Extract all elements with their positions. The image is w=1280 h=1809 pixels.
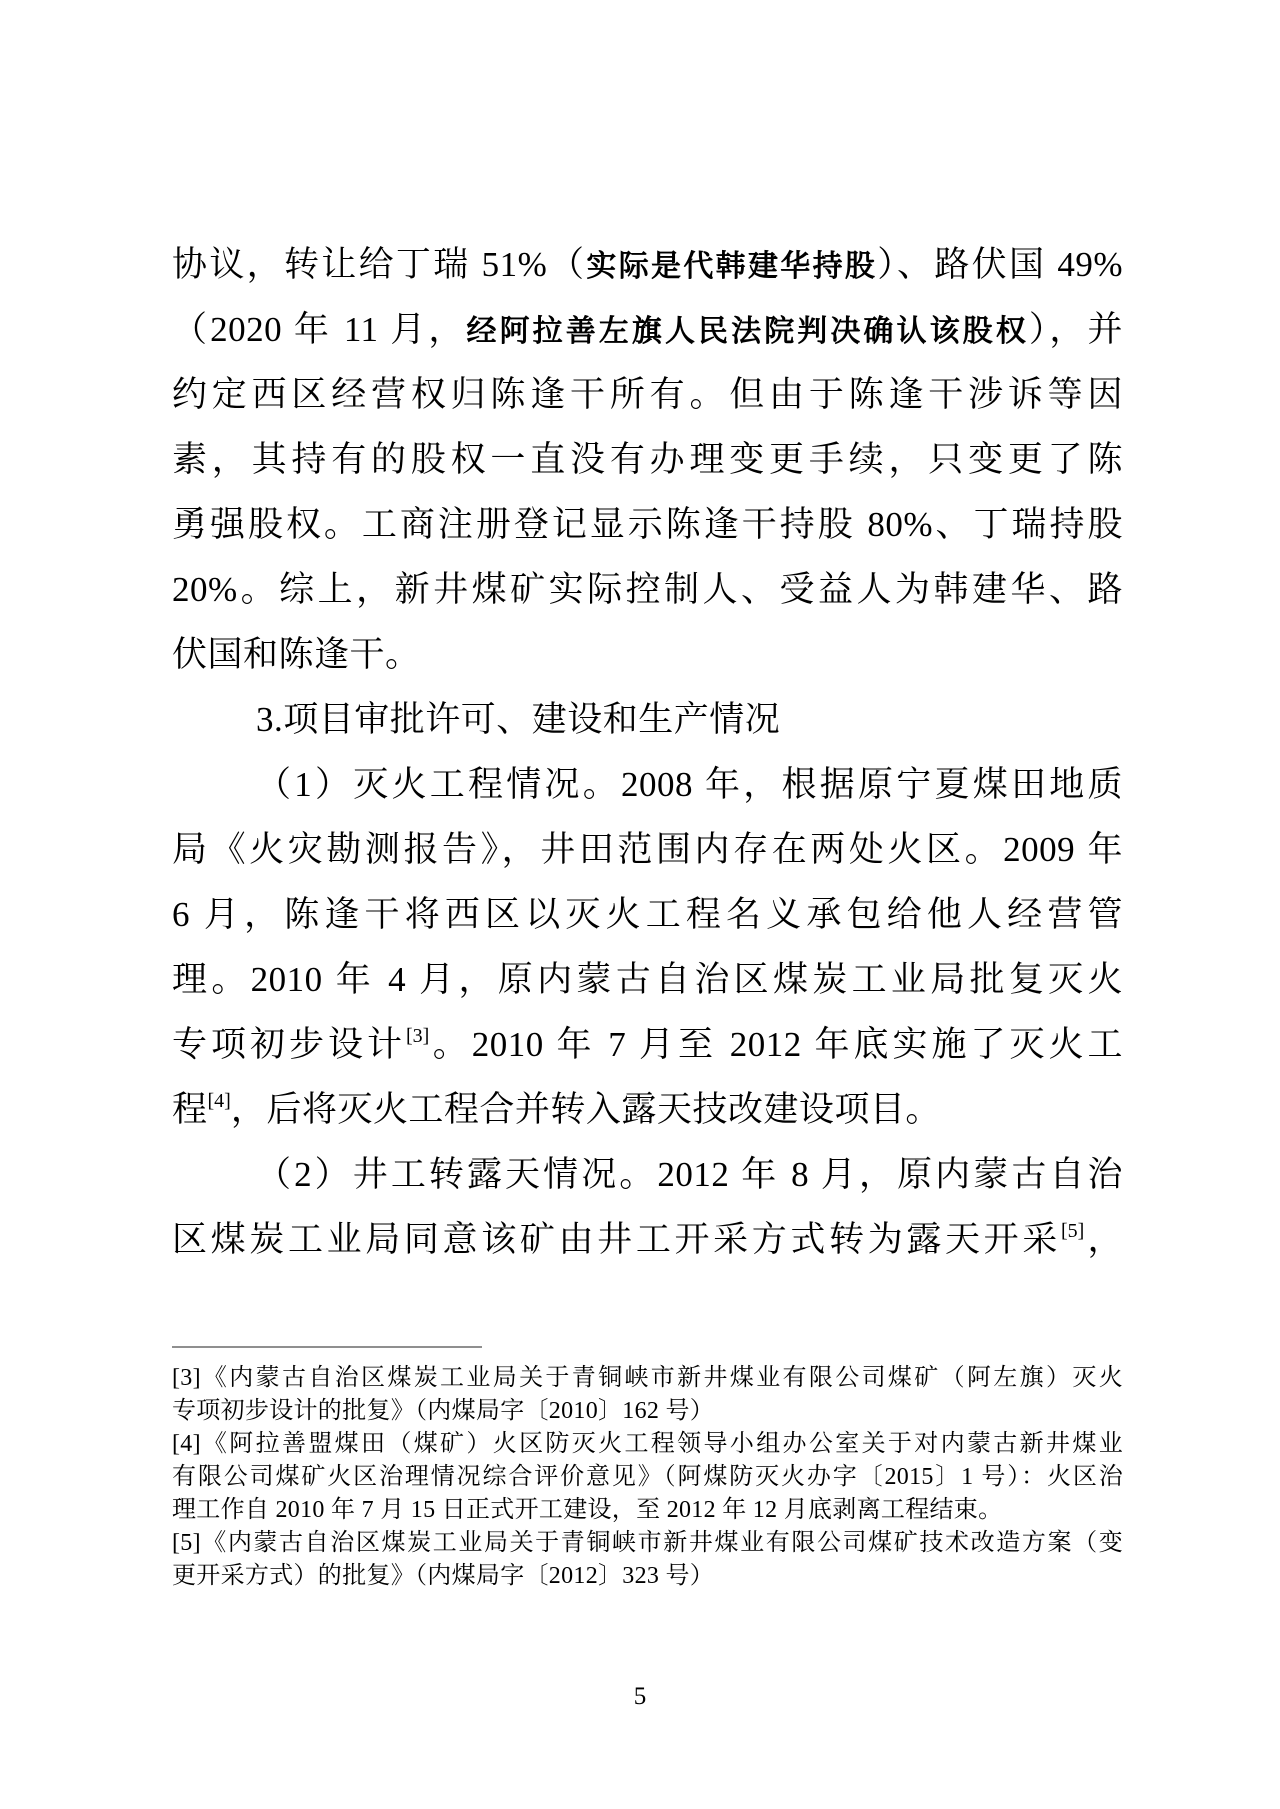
body-line: 局《火灾勘测报告》，井田范围内存在两处火区。2009 年 xyxy=(172,817,1123,882)
document-page: 协议，转让给丁瑞 51%（实际是代韩建华持股）、路伏国 49%（2020 年 1… xyxy=(0,0,1280,1809)
text-run: [4]《阿拉善盟煤田（煤矿）火区防灭火工程领导小组办公室关于对内蒙古新井煤业 xyxy=(172,1431,1123,1457)
body-line: 勇强股权。工商注册登记显示陈逢干持股 80%、丁瑞持股 xyxy=(172,492,1123,557)
footnote-line: [3]《内蒙古自治区煤炭工业局关于青铜峡市新井煤业有限公司煤矿（阿左旗）灭火 xyxy=(172,1362,1123,1395)
body-line: 20%。综上，新井煤矿实际控制人、受益人为韩建华、路 xyxy=(172,557,1123,622)
text-run: ， xyxy=(1084,1220,1123,1259)
text-run: 理工作自 2010 年 7 月 15 日正式开工建设，至 2012 年 12 月… xyxy=(172,1497,1002,1523)
footnote-line: 理工作自 2010 年 7 月 15 日正式开工建设，至 2012 年 12 月… xyxy=(172,1494,1123,1527)
footnote-3: [3]《内蒙古自治区煤炭工业局关于青铜峡市新井煤业有限公司煤矿（阿左旗）灭火专项… xyxy=(172,1362,1123,1428)
text-run: 有限公司煤矿火区治理情况综合评价意见》（阿煤防灭火办字〔2015〕1 号）：火区… xyxy=(172,1464,1123,1490)
body-line: （2020 年 11 月，经阿拉善左旗人民法院判决确认该股权），并 xyxy=(172,297,1123,362)
body-line: 素，其持有的股权一直没有办理变更手续，只变更了陈 xyxy=(172,427,1123,492)
footnote-reference: [5] xyxy=(1061,1220,1084,1242)
footnote-line: [5]《内蒙古自治区煤炭工业局关于青铜峡市新井煤业有限公司煤矿技术改造方案（变 xyxy=(172,1527,1123,1560)
body-line: 3.项目审批许可、建设和生产情况 xyxy=(172,687,1123,752)
text-run: 。2010 年 7 月至 2012 年底实施了灭火工 xyxy=(429,1025,1123,1064)
body-line: 区煤炭工业局同意该矿由井工开采方式转为露天开采[5]， xyxy=(172,1207,1123,1272)
text-run: 局《火灾勘测报告》，井田范围内存在两处火区。2009 年 xyxy=(172,830,1123,869)
text-run: 程 xyxy=(172,1090,208,1129)
text-run: ，后将灭火工程合并转入露天技改建设项目。 xyxy=(231,1090,941,1129)
footnote-line: 有限公司煤矿火区治理情况综合评价意见》（阿煤防灭火办字〔2015〕1 号）：火区… xyxy=(172,1461,1123,1494)
text-run: 专项初步设计 xyxy=(172,1025,406,1064)
text-run: 专项初步设计的批复》（内煤局字〔2010〕162 号） xyxy=(172,1398,714,1424)
page-number: 5 xyxy=(0,1682,1280,1712)
body-line: 理。2010 年 4 月，原内蒙古自治区煤炭工业局批复灭火 xyxy=(172,947,1123,1012)
text-run: 协议，转让给丁瑞 51%（ xyxy=(172,245,586,284)
footnote-line: 更开采方式）的批复》（内煤局字〔2012〕323 号） xyxy=(172,1560,1123,1593)
text-run: 3.项目审批许可、建设和生产情况 xyxy=(256,700,780,739)
text-run: 约定西区经营权归陈逢干所有。但由于陈逢干涉诉等因 xyxy=(172,375,1123,414)
text-run: 更开采方式）的批复》（内煤局字〔2012〕323 号） xyxy=(172,1563,714,1589)
body-line: 专项初步设计[3]。2010 年 7 月至 2012 年底实施了灭火工 xyxy=(172,1012,1123,1077)
body-line: 6 月，陈逢干将西区以灭火工程名义承包给他人经营管 xyxy=(172,882,1123,947)
paragraph-share-transfer: 协议，转让给丁瑞 51%（实际是代韩建华持股）、路伏国 49%（2020 年 1… xyxy=(172,232,1123,687)
footnote-5: [5]《内蒙古自治区煤炭工业局关于青铜峡市新井煤业有限公司煤矿技术改造方案（变更… xyxy=(172,1527,1123,1593)
footnote-reference: [4] xyxy=(208,1090,231,1112)
body-line: 协议，转让给丁瑞 51%（实际是代韩建华持股）、路伏国 49% xyxy=(172,232,1123,297)
inline-parenthetical-note: 实际是代韩建华持股 xyxy=(586,250,877,283)
paragraph-underground-to-openpit: （2）井工转露天情况。2012 年 8 月，原内蒙古自治区煤炭工业局同意该矿由井… xyxy=(172,1142,1123,1272)
body-line: 约定西区经营权归陈逢干所有。但由于陈逢干涉诉等因 xyxy=(172,362,1123,427)
paragraph-fire-extinguishing: （1）灭火工程情况。2008 年，根据原宁夏煤田地质局《火灾勘测报告》，井田范围… xyxy=(172,752,1123,1142)
text-run: [5]《内蒙古自治区煤炭工业局关于青铜峡市新井煤业有限公司煤矿技术改造方案（变 xyxy=(172,1530,1123,1556)
text-run: ）、路伏国 49% xyxy=(877,245,1123,284)
footnote-separator xyxy=(172,1346,482,1348)
body-line: 伏国和陈逢干。 xyxy=(172,622,1123,687)
heading-section-3: 3.项目审批许可、建设和生产情况 xyxy=(172,687,1123,752)
footnote-reference: [3] xyxy=(406,1025,429,1047)
text-run: （2）井工转露天情况。2012 年 8 月，原内蒙古自治 xyxy=(256,1155,1123,1194)
text-run: 勇强股权。工商注册登记显示陈逢干持股 80%、丁瑞持股 xyxy=(172,505,1123,544)
text-run: （1）灭火工程情况。2008 年，根据原宁夏煤田地质 xyxy=(256,765,1123,804)
text-run: 理。2010 年 4 月，原内蒙古自治区煤炭工业局批复灭火 xyxy=(172,960,1123,999)
text-run: 区煤炭工业局同意该矿由井工开采方式转为露天开采 xyxy=(172,1220,1061,1259)
footnote-line: 专项初步设计的批复》（内煤局字〔2010〕162 号） xyxy=(172,1395,1123,1428)
inline-parenthetical-note: 经阿拉善左旗人民法院判决确认该股权 xyxy=(467,315,1029,348)
body-text: 协议，转让给丁瑞 51%（实际是代韩建华持股）、路伏国 49%（2020 年 1… xyxy=(172,232,1123,1272)
body-line: 程[4]，后将灭火工程合并转入露天技改建设项目。 xyxy=(172,1077,1123,1142)
text-run: [3]《内蒙古自治区煤炭工业局关于青铜峡市新井煤业有限公司煤矿（阿左旗）灭火 xyxy=(172,1365,1123,1391)
footnote-line: [4]《阿拉善盟煤田（煤矿）火区防灭火工程领导小组办公室关于对内蒙古新井煤业 xyxy=(172,1428,1123,1461)
footnote-4: [4]《阿拉善盟煤田（煤矿）火区防灭火工程领导小组办公室关于对内蒙古新井煤业有限… xyxy=(172,1428,1123,1527)
text-run: ），并 xyxy=(1029,310,1123,349)
body-line: （2）井工转露天情况。2012 年 8 月，原内蒙古自治 xyxy=(172,1142,1123,1207)
text-run: 20%。综上，新井煤矿实际控制人、受益人为韩建华、路 xyxy=(172,570,1123,609)
text-run: （2020 年 11 月， xyxy=(172,310,467,349)
text-run: 素，其持有的股权一直没有办理变更手续，只变更了陈 xyxy=(172,440,1123,479)
footnotes-section: [3]《内蒙古自治区煤炭工业局关于青铜峡市新井煤业有限公司煤矿（阿左旗）灭火专项… xyxy=(172,1362,1123,1593)
text-run: 6 月，陈逢干将西区以灭火工程名义承包给他人经营管 xyxy=(172,895,1123,934)
text-run: 伏国和陈逢干。 xyxy=(172,635,421,674)
body-line: （1）灭火工程情况。2008 年，根据原宁夏煤田地质 xyxy=(172,752,1123,817)
